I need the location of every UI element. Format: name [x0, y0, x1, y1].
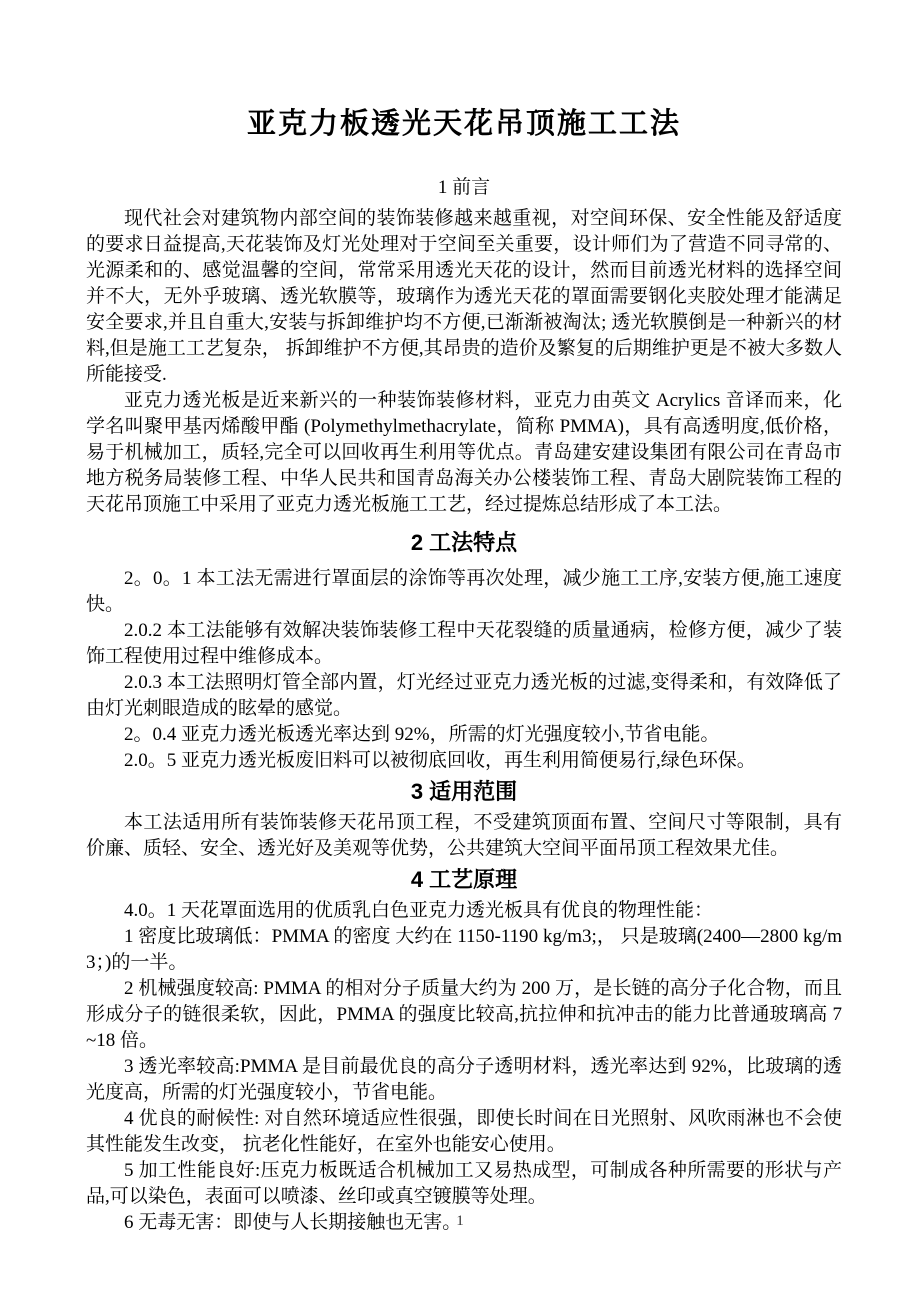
- section-heading-scope: 3 适用范围: [86, 777, 842, 807]
- feature-item-4: 2。0.4 亚克力透光板透光率达到 92%，所需的灯光强度较小,节省电能。: [86, 722, 842, 748]
- section-heading-features: 2 工法特点: [86, 528, 842, 558]
- document-title: 亚克力板透光天花吊顶施工工法: [86, 106, 842, 142]
- principle-item-transmittance: 3 透光率较高:PMMA 是目前最优良的高分子透明材料，透光率达到 92%，比玻…: [86, 1054, 842, 1106]
- scope-paragraph: 本工法适用所有装饰装修天花吊顶工程，不受建筑顶面布置、空间尺寸等限制，具有价廉、…: [86, 810, 842, 862]
- document-page: 亚克力板透光天花吊顶施工工法 1 前言 现代社会对建筑物内部空间的装饰装修越来越…: [0, 0, 920, 1302]
- feature-item-2: 2.0.2 本工法能够有效解决装饰装修工程中天花裂缝的质量通病，检修方便，减少了…: [86, 618, 842, 670]
- page-number: 1: [0, 1213, 920, 1230]
- feature-item-3: 2.0.3 本工法照明灯管全部内置，灯光经过亚克力透光板的过滤,变得柔和，有效降…: [86, 670, 842, 722]
- feature-item-1: 2。0。1 本工法无需进行罩面层的涂饰等再次处理，减少施工工序,安装方便,施工速…: [86, 566, 842, 618]
- section-heading-foreword: 1 前言: [86, 176, 842, 200]
- feature-item-5: 2.0。5 亚克力透光板废旧料可以被彻底回收，再生利用简便易行,绿色环保。: [86, 748, 842, 774]
- section-heading-principle: 4 工艺原理: [86, 865, 842, 895]
- principle-item-strength: 2 机械强度较高: PMMA 的相对分子质量大约为 200 万，是长链的高分子化…: [86, 976, 842, 1054]
- foreword-paragraph-1: 现代社会对建筑物内部空间的装饰装修越来越重视，对空间环保、安全性能及舒适度的要求…: [86, 206, 842, 388]
- principle-item-workability: 5 加工性能良好:压克力板既适合机械加工又易热成型，可制成各种所需要的形状与产品…: [86, 1158, 842, 1210]
- principle-lead: 4.0。1 天花罩面选用的优质乳白色亚克力透光板具有优良的物理性能：: [86, 898, 842, 924]
- principle-item-density: 1 密度比玻璃低：PMMA 的密度 大约在 1150-1190 kg/m3;， …: [86, 924, 842, 976]
- foreword-paragraph-2: 亚克力透光板是近来新兴的一种装饰装修材料，亚克力由英文 Acrylics 音译而…: [86, 388, 842, 518]
- principle-item-weatherability: 4 优良的耐候性: 对自然环境适应性很强，即使长时间在日光照射、风吹雨淋也不会使…: [86, 1106, 842, 1158]
